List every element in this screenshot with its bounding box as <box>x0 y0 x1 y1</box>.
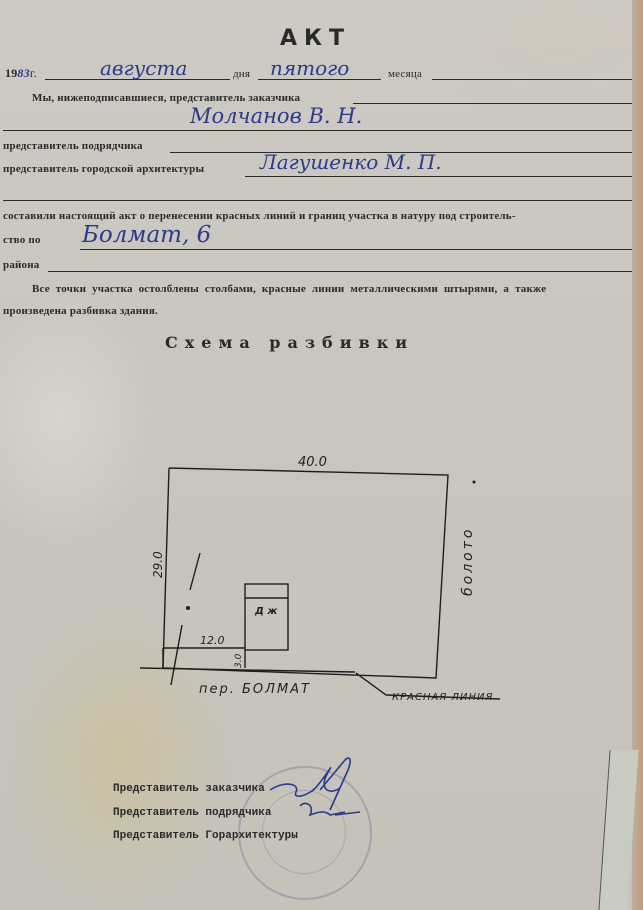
customer-signature-icon <box>270 768 340 796</box>
signatures-ink <box>0 0 643 910</box>
contractor-signature-icon <box>300 803 345 815</box>
